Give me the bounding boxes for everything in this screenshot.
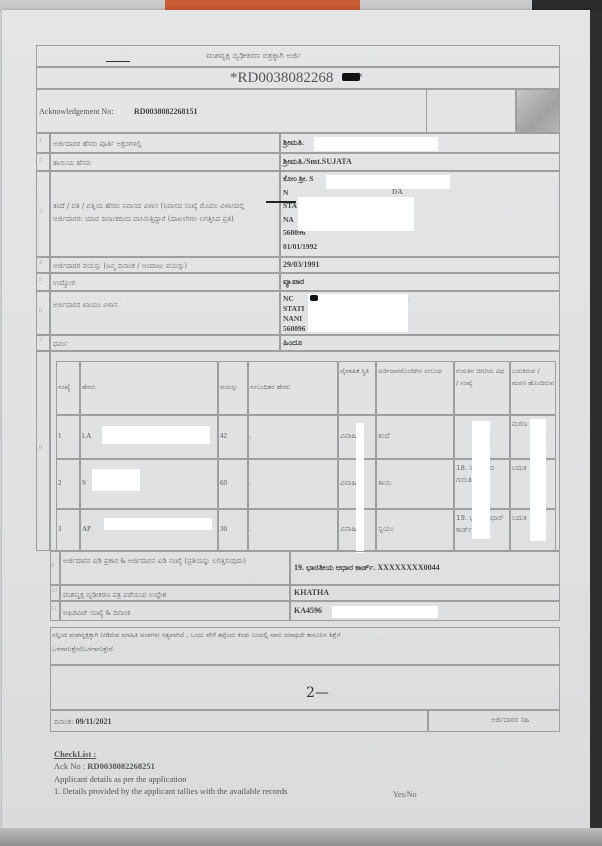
cell-relative: . (250, 525, 252, 533)
table-header: ಬದುಕಿರುವ / ಮರಣ ಹೊಂದಿರುವ (512, 365, 554, 389)
declaration-line-1: ನನ್ನಿಂದ ವಂಶವೃಕ್ಷಕ್ಕಾಗಿ ನೀಡಿರುವ ಮಾಹಿತಿ ಅಂ… (52, 631, 341, 640)
field-number: 6 (39, 308, 42, 314)
field-value: ಶ್ರೀಮತಿ./Smt.SUJATA (283, 157, 352, 167)
redaction-block (530, 419, 546, 541)
cell-no: 1 (58, 432, 62, 440)
field-label: ಧರ್ಮ (53, 338, 275, 351)
field-value: KHATHA (294, 588, 329, 597)
field-label: ವಂಶವೃಕ್ಷ ದೃಢೀಕರಣ ಪತ್ರ ಪಡೆಯುವ ಉದ್ದೇಶ (63, 588, 285, 602)
redaction-scribble (310, 295, 318, 301)
field-value: ಹಿಂದೂ (283, 338, 302, 348)
redaction-block (104, 518, 212, 530)
cell-relation: ತಾಯಿ (378, 479, 392, 488)
field-number: 8 (39, 445, 42, 451)
field-number: 1 (39, 138, 42, 144)
cell-name: S (82, 479, 86, 487)
cell-age: 60 (220, 479, 227, 487)
field-value-line: ಕೋಂ ಶ್ರೀ. S (283, 174, 313, 184)
declaration-line-2: ಒಳಗಾಗುತ್ತೇನೆ/ಒಳಗಾಗುತ್ತೇನೆ. (52, 645, 115, 654)
field-label: ತಂದೆ / ಪತಿ / ಪತ್ನಿಯ ಹೆಸರು ನಿವಾಸದ ವಿಳಾಸ (… (53, 200, 275, 226)
table-cell (80, 509, 218, 551)
field-value-cell (290, 585, 560, 601)
pen-mark (106, 61, 130, 62)
field-label: ಅರ್ಜಿದಾರರ ಖಾಯಂ ವಿಳಾಸ (53, 299, 275, 312)
redaction-block (472, 421, 490, 539)
table-header: ವೈವಾಹಿಕ ಸ್ಥಿತಿ (340, 365, 374, 377)
photo-placeholder (516, 89, 560, 133)
field-number-cell (36, 351, 50, 551)
field-value-line: NA (283, 215, 294, 224)
field-value: ವ್ಯಾಪಾರ (283, 277, 304, 287)
cell-age: 42 (220, 432, 227, 440)
table-cell (248, 415, 338, 459)
field-value-cell (280, 335, 560, 351)
field-value: 29/03/1991 (283, 260, 319, 269)
checklist-item-1-answer: Yes/No (393, 790, 417, 799)
field-number: 3 (39, 209, 42, 215)
redaction-scribble (342, 73, 360, 81)
paper-bottom-edge (0, 828, 602, 846)
field-label: ಅರ್ಜಿದಾರನ ಐಡಿ ಪ್ರಕಾರ & ಅರ್ಜಿದಾರನ ಐಡಿ ಸಂಖ… (63, 554, 285, 568)
redaction-block (308, 294, 408, 332)
table-cell (248, 459, 338, 509)
checklist-ack: Ack No : RD0038082268251 (54, 761, 287, 771)
field-number: 10 (51, 588, 57, 594)
field-number: 2 (39, 157, 42, 163)
field-value-line: NANI (283, 314, 302, 323)
table-header: ಸಂಬಂಧಿತರ ಹೆಸರು (250, 381, 336, 393)
table-header: ಹೆಸರು (82, 381, 216, 393)
checklist-subtitle: Applicant details as per the application (54, 774, 287, 784)
cell-name: AP (82, 525, 91, 533)
redaction-block (326, 175, 450, 189)
redaction-block (332, 606, 438, 618)
cell-name: LA (82, 432, 91, 440)
redaction-block (356, 423, 364, 553)
field-number: 4 (39, 260, 42, 266)
field-value-line: 01/01/1992 (283, 242, 317, 251)
cell-no: 2 (58, 479, 62, 487)
field-value-cell (280, 257, 560, 273)
field-number: 9 (51, 563, 54, 569)
cell-relation: ತಂದೆ (378, 432, 390, 441)
field-number: 11 (51, 606, 57, 612)
redaction-block (298, 197, 414, 231)
redaction-block (102, 426, 210, 444)
dark-background-edge (590, 12, 602, 846)
field-label: ಅಫಿಡವಿಟ್ ಸಂಖ್ಯೆ & ದಿನಾಂಕ (63, 606, 285, 620)
checklist-title: CheckList : (54, 749, 287, 759)
field-value: 19. ಭಾರತೀಯ ಆಧಾರ ಕಾರ್ಡ್. XXXXXXXX0044 (294, 563, 440, 573)
field-number: 5 (39, 277, 42, 283)
table-header: ಸಂಖ್ಯೆ (58, 381, 78, 393)
field-label: ಉದ್ಯೋಗ (53, 277, 275, 290)
pen-mark (266, 201, 296, 203)
signature-box (50, 665, 560, 710)
signature-mark: 2— (306, 685, 329, 701)
field-value-cell (280, 273, 560, 291)
cell-relative: . (250, 479, 252, 487)
field-label: ತಾಯಿಯ ಹೆಸರು (53, 157, 275, 170)
field-number: 7 (39, 338, 42, 344)
checklist-section: CheckList : Ack No : RD0038082268251 App… (54, 749, 287, 796)
field-value-line: STATI (283, 304, 304, 313)
applicant-signature-label: ಅರ್ಜಿದಾರರ ಸಹಿ (491, 716, 529, 725)
form-title: ವಂಶವೃಕ್ಷ ದೃಢೀಕರಣ ಪತ್ರಕ್ಕಾಗಿ ಅರ್ಜಿ (206, 51, 301, 61)
redaction-block (92, 469, 140, 491)
checklist-item-1: 1. Details provided by the applicant tal… (54, 786, 287, 796)
cell-no: 3 (58, 525, 62, 533)
ack-blank-cell (426, 89, 516, 133)
field-label-cell (50, 291, 280, 335)
date-field: ದಿನಾಂಕ: 09/11/2021 (54, 717, 112, 727)
ack-number: RD0038082268151 (134, 107, 198, 116)
table-header: ಅರ್ಜಿದಾರರೊಂದಿಗಿನ ಸಂಬಂಧ (378, 365, 452, 377)
cell-age: 30 (220, 525, 227, 533)
field-label: ಅರ್ಜಿದಾರರ ಹೆಸರು ಪೂರ್ತಿ ಅಕ್ಷರಗಳಲ್ಲಿ (53, 138, 275, 151)
cell-relation: ಸ್ವಯಂ (378, 525, 394, 534)
field-value-line: N (283, 188, 288, 197)
cell-relative: . (250, 432, 252, 440)
ack-label: Acknowledgement No: (39, 107, 113, 116)
field-value: KA4596 (294, 606, 322, 615)
field-value-line: NC (283, 294, 294, 303)
field-label: ಅರ್ಜಿದಾರರ ವಯಸ್ಸು (ಜನ್ಮ ದಿನಾಂಕ / ಅಂದಾಜು ವ… (53, 260, 275, 273)
table-header: ಗುರುತಿನ ಚೀಟಿಯ ವಿಧ / ಸಂಖ್ಯೆ (456, 365, 508, 389)
redaction-block (314, 137, 438, 151)
table-header: ವಯಸ್ಸು (220, 381, 246, 393)
table-cell (248, 509, 338, 551)
field-value-line: 560096 (283, 324, 306, 333)
field-value: ಶ್ರೀಮತಿ. (283, 138, 304, 148)
